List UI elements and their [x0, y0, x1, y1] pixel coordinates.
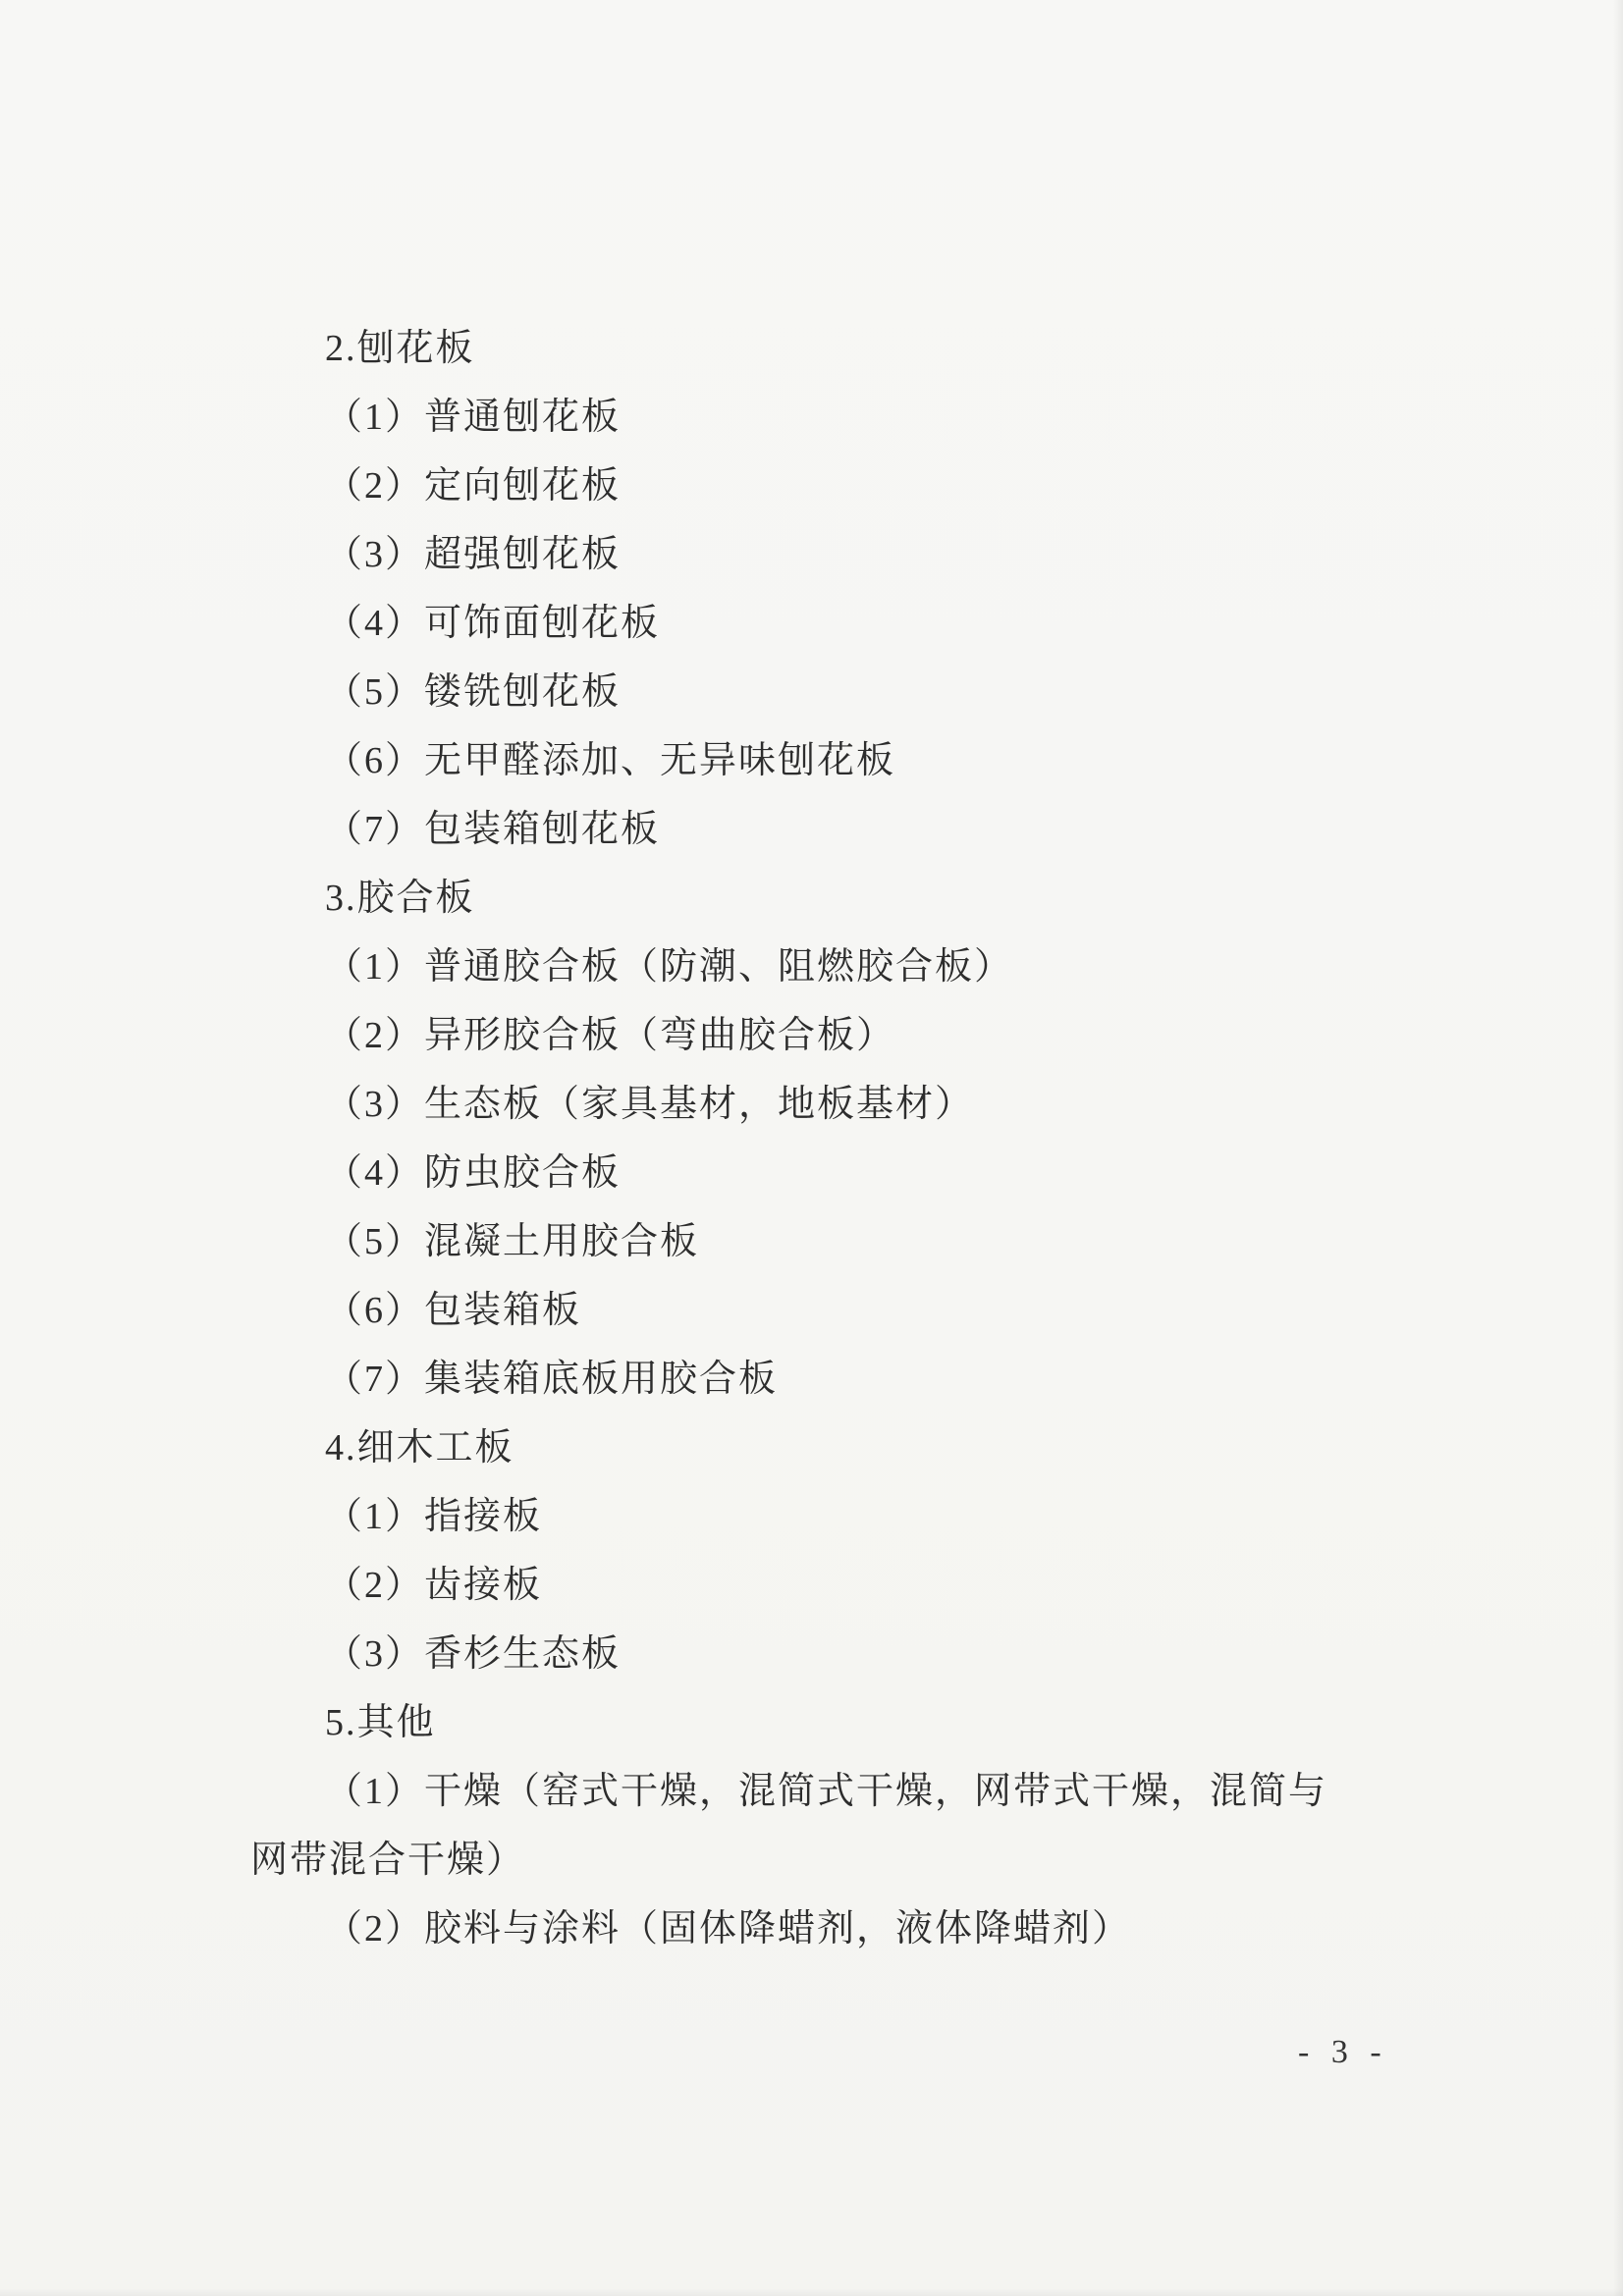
list-item: （5）混凝土用胶合板 — [250, 1207, 1370, 1276]
list-item: （2）定向刨花板 — [250, 452, 1370, 520]
list-item: （1）指接板 — [250, 1482, 1370, 1551]
list-item: （3）生态板（家具基材，地板基材） — [250, 1070, 1370, 1139]
list-item: （1）干燥（窑式干燥，混简式干燥，网带式干燥，混简与 — [250, 1757, 1370, 1826]
list-item: （5）镂铣刨花板 — [250, 658, 1370, 726]
section-heading: 2.刨花板 — [250, 314, 1370, 383]
list-item: （4）可饰面刨花板 — [250, 589, 1370, 658]
document-page: 2.刨花板（1）普通刨花板（2）定向刨花板（3）超强刨花板（4）可饰面刨花板（5… — [0, 0, 1623, 2296]
section-heading: 3.胶合板 — [250, 864, 1370, 933]
list-item: （1）普通胶合板（防潮、阻燃胶合板） — [250, 933, 1370, 1001]
section-heading: 5.其他 — [250, 1688, 1370, 1757]
list-item: （2）齿接板 — [250, 1551, 1370, 1620]
list-item: （6）包装箱板 — [250, 1276, 1370, 1345]
list-item: （2）异形胶合板（弯曲胶合板） — [250, 1001, 1370, 1070]
list-item: （7）集装箱底板用胶合板 — [250, 1345, 1370, 1414]
page-number: - 3 - — [1298, 2034, 1388, 2071]
section-heading: 4.细木工板 — [250, 1414, 1370, 1482]
list-item-continuation: 网带混合干燥） — [250, 1826, 1370, 1895]
list-item: （3）香杉生态板 — [250, 1620, 1370, 1688]
list-item: （4）防虫胶合板 — [250, 1139, 1370, 1207]
list-item: （6）无甲醛添加、无异味刨花板 — [250, 726, 1370, 795]
document-body: 2.刨花板（1）普通刨花板（2）定向刨花板（3）超强刨花板（4）可饰面刨花板（5… — [250, 314, 1370, 1963]
list-item: （7）包装箱刨花板 — [250, 795, 1370, 864]
list-item: （1）普通刨花板 — [250, 383, 1370, 452]
list-item: （3）超强刨花板 — [250, 520, 1370, 589]
list-item: （2）胶料与涂料（固体降蜡剂，液体降蜡剂） — [250, 1895, 1370, 1963]
